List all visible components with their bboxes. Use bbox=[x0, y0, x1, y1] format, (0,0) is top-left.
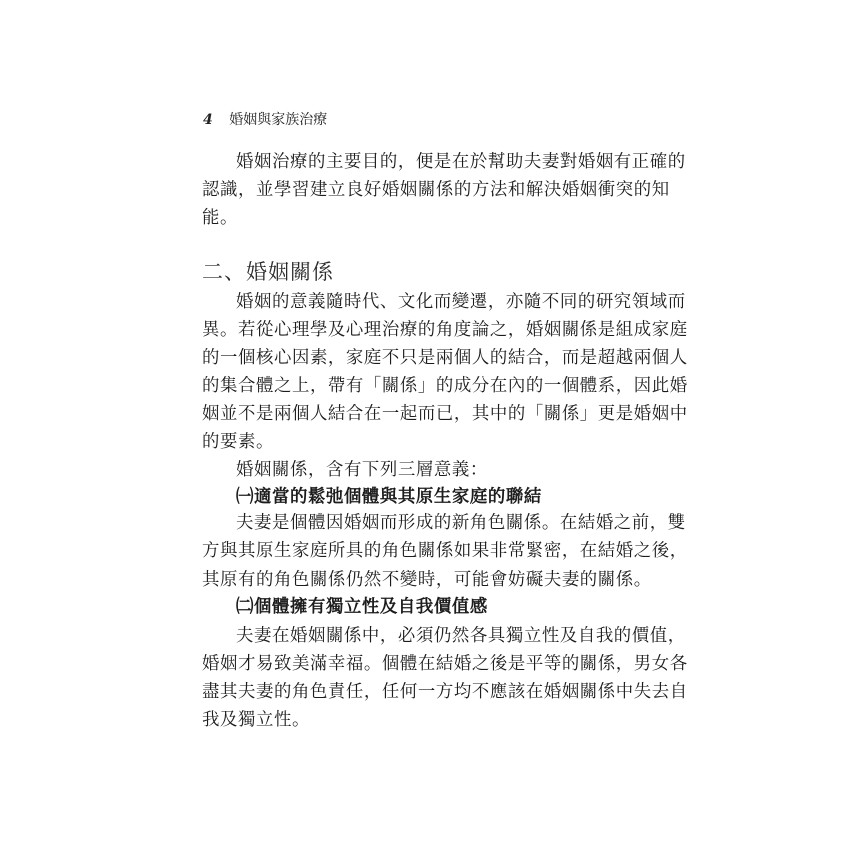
running-head: 4 婚姻與家族治療 bbox=[203, 109, 327, 129]
para2-line-6: 的要素。 bbox=[202, 432, 642, 452]
subheading-2: ㈡個體擁有獨立性及自我價值感 bbox=[236, 597, 642, 617]
para4-line-1: 夫妻在婚姻關係中，必須仍然各具獨立性及自我的價值， bbox=[236, 626, 642, 646]
para1-line-3: 能。 bbox=[202, 208, 642, 228]
book-title: 婚姻與家族治療 bbox=[229, 112, 327, 128]
para1-line-2: 認識，並學習建立良好婚姻關係的方法和解決婚姻衝突的知 bbox=[202, 180, 642, 200]
subheading-1: ㈠適當的鬆弛個體與其原生家庭的聯結 bbox=[236, 487, 642, 507]
intro-line: 婚姻關係，含有下列三層意義： bbox=[236, 460, 642, 480]
para3-line-2: 方與其原生家庭所具的角色關係如果非常緊密，在結婚之後， bbox=[202, 541, 642, 561]
para3-line-1: 夫妻是個體因婚姻而形成的新角色關係。在結婚之前，雙 bbox=[236, 513, 642, 533]
para2-line-5: 姻並不是兩個人結合在一起而已，其中的「關係」更是婚姻中 bbox=[202, 404, 642, 424]
page-number: 4 bbox=[203, 112, 213, 128]
para3-line-3: 其原有的角色關係仍然不變時，可能會妨礙夫妻的關係。 bbox=[202, 570, 642, 590]
para4-line-2: 婚姻才易致美滿幸福。個體在結婚之後是平等的關係，男女各 bbox=[202, 654, 642, 674]
para1-line-1: 婚姻治療的主要目的，便是在於幫助夫妻對婚姻有正確的 bbox=[236, 152, 642, 172]
book-page: 4 婚姻與家族治療 婚姻治療的主要目的，便是在於幫助夫妻對婚姻有正確的 認識，並… bbox=[0, 0, 850, 850]
para4-line-4: 我及獨立性。 bbox=[202, 710, 642, 730]
para2-line-4: 的集合體之上，帶有「關係」的成分在內的一個體系，因此婚 bbox=[202, 376, 642, 396]
para2-line-3: 的一個核心因素，家庭不只是兩個人的結合，而是超越兩個人 bbox=[202, 348, 642, 368]
section-title: 二、婚姻關係 bbox=[202, 256, 334, 286]
para2-line-1: 婚姻的意義隨時代、文化而變遷，亦隨不同的研究領域而 bbox=[236, 292, 642, 312]
para2-line-2: 異。若從心理學及心理治療的角度論之，婚姻關係是組成家庭 bbox=[202, 320, 642, 340]
para4-line-3: 盡其夫妻的角色責任，任何一方均不應該在婚姻關係中失去自 bbox=[202, 682, 642, 702]
